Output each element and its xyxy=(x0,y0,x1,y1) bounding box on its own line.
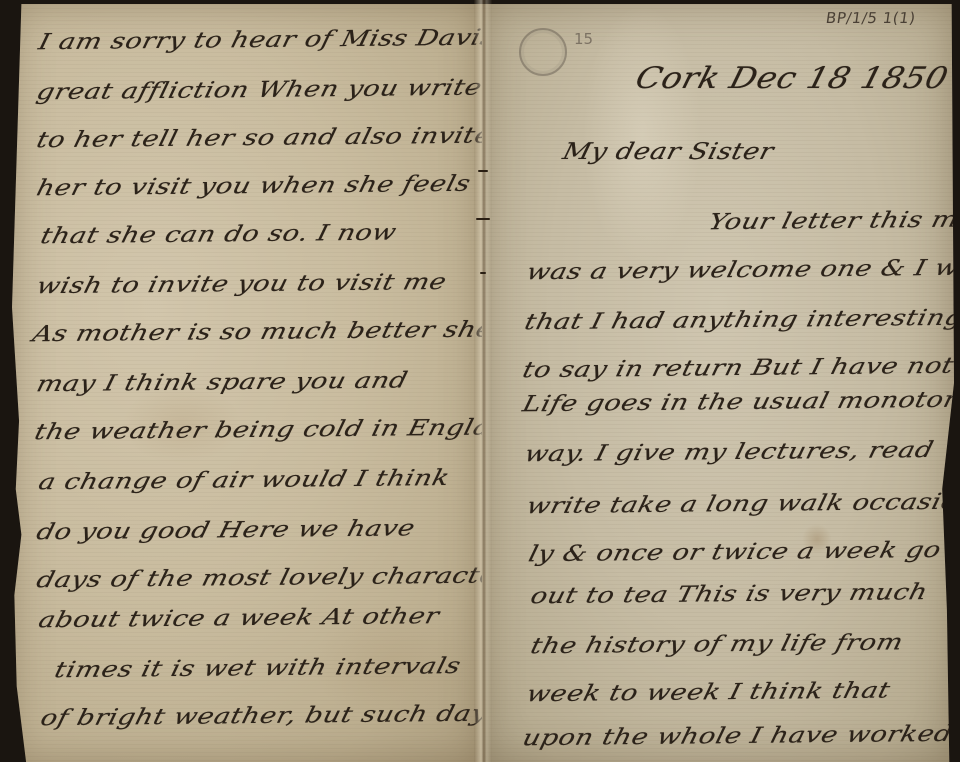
letter-line: about twice a week At other xyxy=(36,603,442,633)
letter-line: days of the most lovely character xyxy=(34,563,513,593)
letter-line: to her tell her so and also invite xyxy=(34,123,495,153)
letter-line: that I had anything interesting xyxy=(522,305,960,335)
letter-line: wish to invite you to visit me xyxy=(34,269,449,299)
right-page: Cork Dec 18 1850 My dear Sister Your let… xyxy=(482,4,954,762)
letter-line: out to tea This is very much xyxy=(528,579,930,609)
letter-line: week to week I think that xyxy=(524,678,893,707)
letter-line: great affliction When you write xyxy=(34,75,485,105)
letter-line: ly & once or twice a week go xyxy=(526,537,944,567)
letter-line: times it is wet with intervals xyxy=(52,653,463,683)
letter-spread: I am sorry to hear of Miss Davis great a… xyxy=(0,0,960,762)
archive-stamp-icon xyxy=(519,28,567,76)
paper-crease xyxy=(582,4,702,264)
fold-tear xyxy=(476,218,490,220)
letter-line: of bright weather, but such days xyxy=(38,701,504,731)
letter-line: Life goes in the usual monotonous xyxy=(520,386,960,417)
letter-line: upon the whole I have worked xyxy=(520,721,955,751)
letter-line: way. I give my lectures, read xyxy=(522,437,936,467)
letter-line: write take a long walk occasional xyxy=(524,489,960,519)
letter-line: the weather being cold in England xyxy=(32,414,529,445)
letter-line: her to visit you when she feels xyxy=(34,171,473,201)
page-fold xyxy=(474,0,492,762)
letter-line: the history of my life from xyxy=(528,630,906,659)
archive-reference: BP/1/5 1(1) xyxy=(825,9,917,27)
letter-line: I am sorry to hear of Miss Davis xyxy=(36,25,498,55)
letter-salutation: My dear Sister xyxy=(560,139,777,165)
letter-line: to say in return But I have not xyxy=(520,353,956,383)
letter-line: As mother is so much better she xyxy=(30,317,496,347)
left-page: I am sorry to hear of Miss Davis great a… xyxy=(12,4,482,762)
letter-place-date: Cork Dec 18 1850 xyxy=(632,60,952,95)
fold-tear xyxy=(478,170,488,172)
letter-line: do you good Here we have xyxy=(34,516,418,545)
letter-line: a change of air would I think xyxy=(36,465,452,495)
letter-line: was a very welcome one & I wish xyxy=(524,255,960,285)
fold-tear xyxy=(480,272,486,274)
letter-line: that she can do so. I now xyxy=(38,220,399,249)
letter-line: Your letter this morning xyxy=(706,206,960,235)
letter-line: may I think spare you and xyxy=(34,368,410,397)
stamp-number: 15 xyxy=(574,30,593,48)
